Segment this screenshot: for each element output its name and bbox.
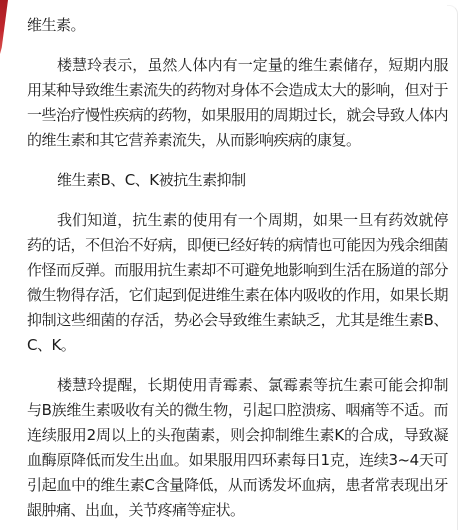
paragraph-expert-reminder: 楼慧玲提醒，长期使用青霉素、氯霉素等抗生素可能会抑制与B族维生素吸收有关的微生物… <box>27 373 448 523</box>
panel-right-border <box>447 5 458 530</box>
article-body: 维生素。 楼慧玲表示，虽然人体内有一定量的维生素储存，短期内服用某种导致维生素流… <box>27 13 448 530</box>
subheading-vitamins-bck-inhibited: 维生素B、C、K被抗生素抑制 <box>27 168 448 193</box>
article-page: 维生素。 楼慧玲表示，虽然人体内有一定量的维生素储存，短期内服用某种导致维生素流… <box>0 0 470 530</box>
red-ribbon-decoration <box>0 0 8 54</box>
paragraph-antibiotics-cycle: 我们知道，抗生素的使用有一个周期，如果一旦有药效就停药的话，不但治不好病，即便已… <box>27 208 448 358</box>
paragraph-continuation: 维生素。 <box>27 13 448 38</box>
paragraph-expert-statement: 楼慧玲表示，虽然人体内有一定量的维生素储存，短期内服用某种导致维生素流失的药物对… <box>27 53 448 153</box>
